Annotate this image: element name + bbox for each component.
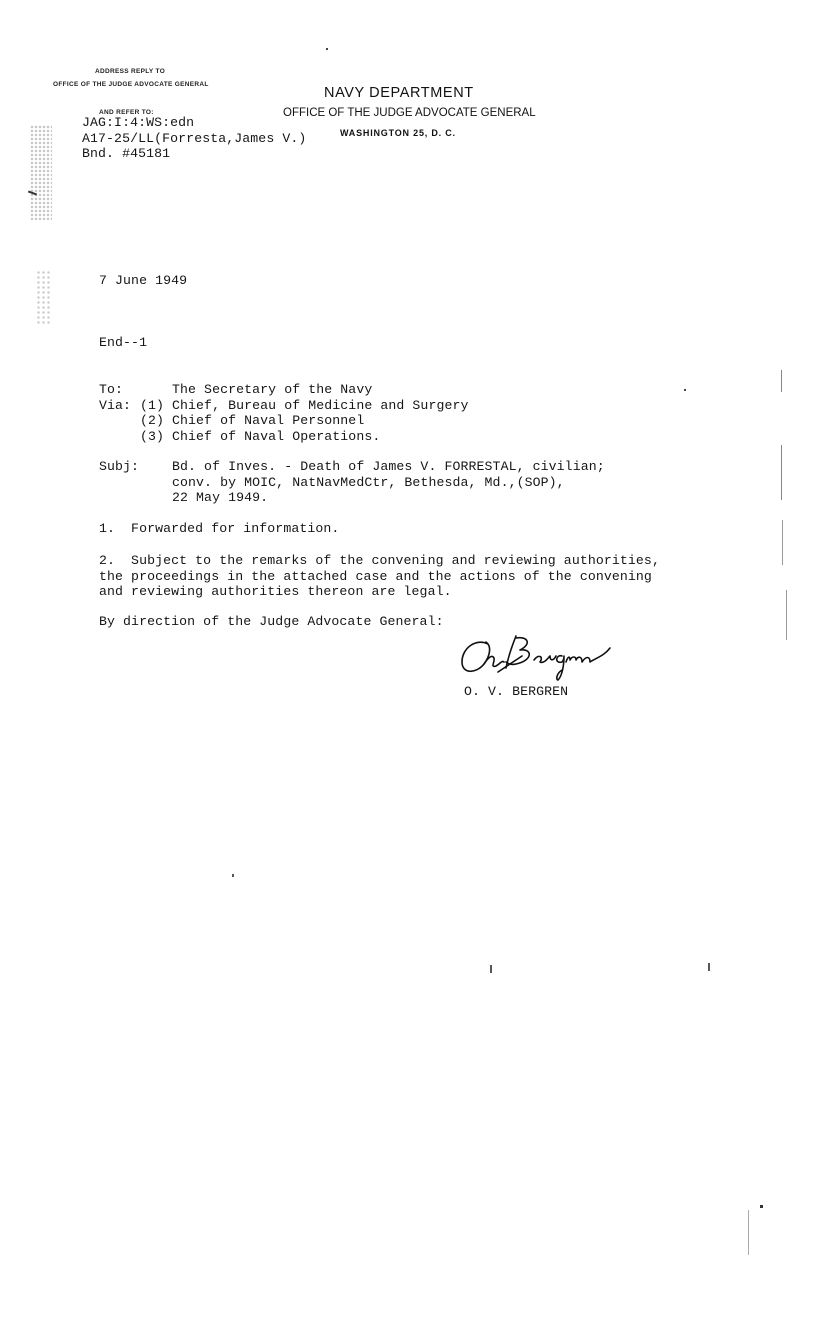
via-recipient-1: Chief, Bureau of Medicine and Surgery [172,398,469,414]
subject-line-2: conv. by MOIC, NatNavMedCtr, Bethesda, M… [172,475,565,491]
paragraph-2-line-3: and reviewing authorities thereon are le… [99,584,452,600]
document-date: 7 June 1949 [99,273,187,289]
via-label: Via: [99,398,131,414]
closing-line: By direction of the Judge Advocate Gener… [99,614,444,630]
handwritten-signature-icon [458,634,643,682]
signatory-name: O. V. BERGREN [464,684,568,700]
paragraph-2-line-2: the proceedings in the attached case and… [99,569,652,585]
via-number-2: (2) [140,413,164,429]
subject-line-1: Bd. of Inves. - Death of James V. FORRES… [172,459,605,475]
via-number-3: (3) [140,429,164,445]
via-number-1: (1) [140,398,164,414]
paragraph-2-line-1: 2. Subject to the remarks of the conveni… [99,553,660,569]
office-title: OFFICE OF THE JUDGE ADVOCATE GENERAL [283,107,536,119]
to-recipient: The Secretary of the Navy [172,382,372,398]
paragraph-1: 1. Forwarded for information. [99,521,339,537]
location-line: WASHINGTON 25, D. C. [340,128,456,138]
reference-bundle: Bnd. #45181 [82,146,170,162]
subject-line-3: 22 May 1949. [172,490,268,506]
reference-code: JAG:I:4:WS:edn [82,115,194,131]
subject-label: Subj: [99,459,139,475]
endorsement-number: End--1 [99,335,147,351]
to-label: To: [99,382,123,398]
reference-file: A17-25/LL(Forresta,James V.) [82,131,306,147]
via-recipient-3: Chief of Naval Operations. [172,429,380,445]
department-title: NAVY DEPARTMENT [324,85,474,101]
reply-office-label: OFFICE OF THE JUDGE ADVOCATE GENERAL [53,81,209,88]
via-recipient-2: Chief of Naval Personnel [172,413,364,429]
address-reply-to-label: ADDRESS REPLY TO [95,68,165,75]
